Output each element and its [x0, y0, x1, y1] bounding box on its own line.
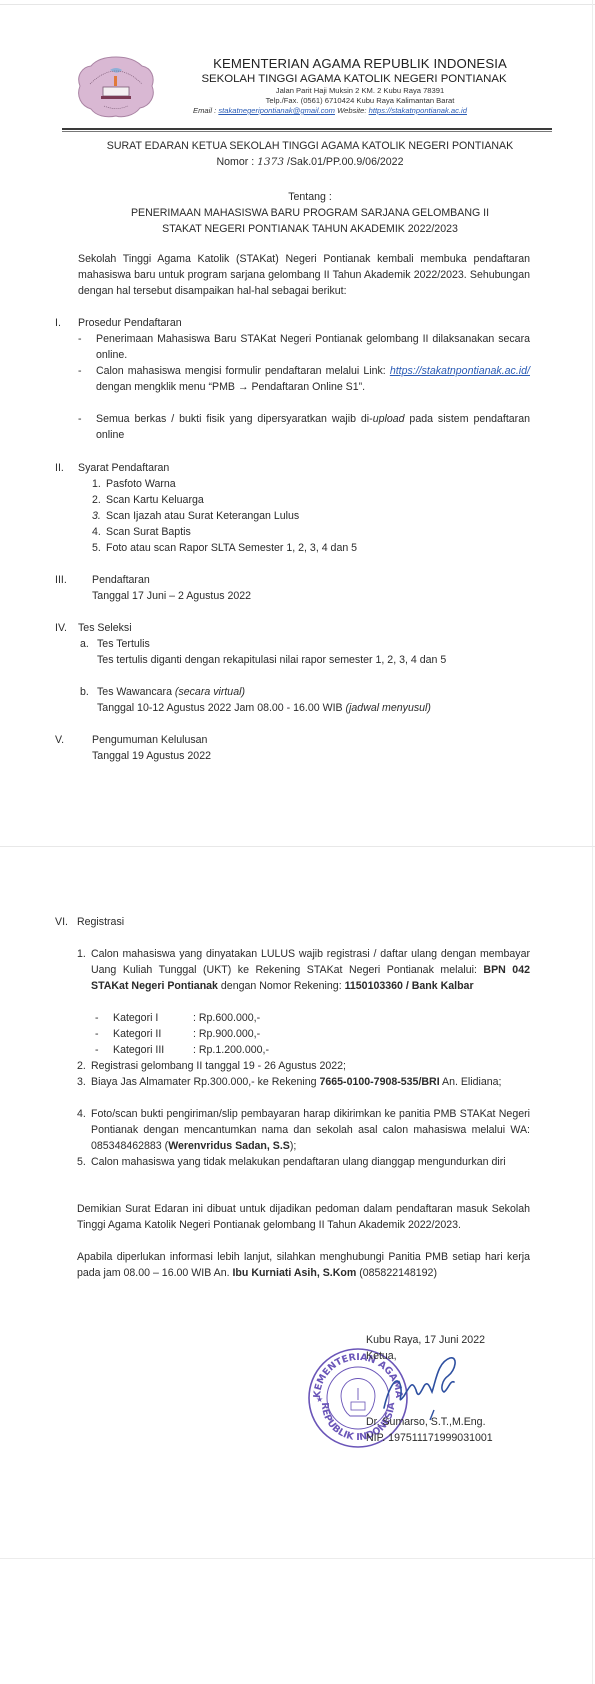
text-segment: dengan Nomor Rekening:: [218, 980, 345, 992]
list-item: 2.Scan Kartu Keluarga: [92, 492, 204, 508]
item-number: 4.: [92, 524, 106, 540]
letter-title: SURAT EDARAN KETUA SEKOLAH TINGGI AGAMA …: [60, 138, 560, 154]
item-text: Scan Ijazah atau Surat Keterangan Lulus: [106, 510, 299, 522]
item-text: Registrasi gelombang II tanggal 19 - 26 …: [91, 1058, 530, 1074]
bullet-dash: -: [95, 1042, 113, 1058]
list-item: 3.Scan Ijazah atau Surat Keterangan Lulu…: [92, 508, 299, 524]
text-segment: dengan mengklik menu “PMB → Pendaftaran …: [96, 381, 365, 393]
list-item: - Penerimaan Mahasiswa Baru STAKat Neger…: [78, 331, 530, 363]
list-item-text: Semua berkas / bukti fisik yang dipersya…: [96, 411, 530, 443]
ministry-name: KEMENTERIAN AGAMA REPUBLIK INDONESIA: [160, 56, 560, 72]
page-edge: [0, 4, 595, 5]
text-segment: (085822148192): [356, 1267, 437, 1279]
list-item: 1. Calon mahasiswa yang dinyatakan LULUS…: [77, 946, 530, 994]
pendaftaran-dates: Tanggal 17 Juni – 2 Agustus 2022: [92, 588, 251, 604]
page-edge: [592, 0, 593, 1684]
letterhead: KEMENTERIAN AGAMA REPUBLIK INDONESIA SEK…: [160, 56, 560, 116]
category-amount: : Rp.600.000,-: [193, 1012, 260, 1024]
closing-paragraph: Demikian Surat Edaran ini dibuat untuk d…: [77, 1201, 530, 1233]
bullet-dash: -: [78, 363, 82, 379]
tentang-label: Tentang :: [60, 189, 560, 205]
item-text: Scan Kartu Keluarga: [106, 494, 204, 506]
tes-tertulis-title: Tes Tertulis: [97, 636, 150, 652]
fee-category: -Kategori III: Rp.1.200.000,-: [95, 1042, 269, 1058]
svg-text:★: ★: [316, 1395, 323, 1404]
item-number: 1.: [77, 946, 86, 962]
contact-line: Email : stakatnegeripontianak@gmail.com …: [100, 106, 560, 116]
contact-person: Ibu Kurniati Asih, S.Kom: [232, 1267, 356, 1279]
section-numeral: II.: [55, 460, 64, 476]
page-edge: [0, 1558, 595, 1559]
item-number: 1.: [92, 476, 106, 492]
intro-paragraph: Sekolah Tinggi Agama Katolik (STAKat) Ne…: [78, 251, 530, 299]
signatory-nip: NIP. 197511171999031001: [366, 1430, 493, 1446]
signatory-name: Dr. Sumarso, S.T.,M.Eng.: [366, 1414, 486, 1430]
item-text: Calon mahasiswa yang dinyatakan LULUS wa…: [91, 946, 530, 994]
signature-place-date: Kubu Raya, 17 Juni 2022: [366, 1332, 485, 1348]
section-numeral: I.: [55, 315, 61, 331]
letterhead-divider-thin: [62, 131, 552, 132]
section-title-syarat: Syarat Pendaftaran: [78, 460, 169, 476]
text-segment: Calon mahasiswa yang dinyatakan LULUS wa…: [91, 948, 530, 976]
section-title-pendaftaran: Pendaftaran: [92, 572, 150, 588]
list-item: 3. Biaya Jas Almamater Rp.300.000,- ke R…: [77, 1074, 530, 1090]
bullet-dash: -: [78, 331, 82, 347]
section-title-registrasi: Registrasi: [77, 914, 124, 930]
list-item: 1.Pasfoto Warna: [92, 476, 176, 492]
item-text: Pasfoto Warna: [106, 478, 176, 490]
website-label: Website:: [335, 106, 369, 115]
tes-tertulis-detail: Tes tertulis diganti dengan rekapitulasi…: [97, 652, 446, 668]
list-item: - Semua berkas / bukti fisik yang dipers…: [78, 411, 530, 443]
subject-line-1: PENERIMAAN MAHASISWA BARU PROGRAM SARJAN…: [60, 205, 560, 221]
text-segment: Foto/scan bukti pengiriman/slip pembayar…: [91, 1108, 530, 1152]
text-italic: (jadwal menyusul): [346, 702, 431, 714]
nomor-label: Nomor :: [217, 156, 258, 168]
contact-paragraph: Apabila diperlukan informasi lebih lanju…: [77, 1249, 530, 1281]
item-text: Scan Surat Baptis: [106, 526, 191, 538]
category-amount: : Rp.1.200.000,-: [193, 1044, 269, 1056]
website-link[interactable]: https://stakatnpontianak.ac.id: [369, 106, 467, 115]
nomor-handwritten: 1373: [257, 156, 284, 168]
sub-label: a.: [80, 636, 89, 652]
fee-category: -Kategori I: Rp.600.000,-: [95, 1010, 260, 1026]
tes-wawancara-title: Tes Wawancara (secara virtual): [97, 684, 245, 700]
item-number: 4.: [77, 1106, 86, 1122]
item-text: Foto atau scan Rapor SLTA Semester 1, 2,…: [106, 542, 357, 554]
list-item: 5.Foto atau scan Rapor SLTA Semester 1, …: [92, 540, 357, 556]
item-number: 2.: [92, 492, 106, 508]
text-segment: An. Elidiana;: [440, 1076, 502, 1088]
item-text: Foto/scan bukti pengiriman/slip pembayar…: [91, 1106, 530, 1154]
section-numeral: IV.: [55, 620, 67, 636]
text-segment: Semua berkas / bukti fisik yang dipersya…: [96, 413, 373, 425]
category-label: Kategori II: [113, 1026, 193, 1042]
section-title-prosedur: Prosedur Pendaftaran: [78, 315, 182, 331]
tes-wawancara-detail: Tanggal 10-12 Agustus 2022 Jam 08.00 - 1…: [97, 700, 431, 716]
contact-name: Werenvridus Sadan, S.S: [168, 1140, 290, 1152]
text-italic: upload: [373, 413, 405, 425]
bullet-dash: -: [95, 1026, 113, 1042]
section-numeral: III.: [55, 572, 67, 588]
registration-link[interactable]: https://stakatnpontianak.ac.id/: [390, 365, 530, 377]
subject-line-2: STAKAT NEGERI PONTIANAK TAHUN AKADEMIK 2…: [60, 221, 560, 237]
section-title-tes-seleksi: Tes Seleksi: [78, 620, 132, 636]
list-item-text: Penerimaan Mahasiswa Baru STAKat Negeri …: [96, 331, 530, 363]
list-item: 2. Registrasi gelombang II tanggal 19 - …: [77, 1058, 530, 1074]
institution-name: SEKOLAH TINGGI AGAMA KATOLIK NEGERI PONT…: [148, 72, 560, 86]
letter-subject: PENERIMAAN MAHASISWA BARU PROGRAM SARJAN…: [60, 205, 560, 237]
list-item-text: Calon mahasiswa mengisi formulir pendaft…: [96, 363, 530, 395]
letter-number: Nomor : 1373 /Sak.01/PP.00.9/06/2022: [60, 154, 560, 170]
category-amount: : Rp.900.000,-: [193, 1028, 260, 1040]
list-item: 4. Foto/scan bukti pengiriman/slip pemba…: [77, 1106, 530, 1154]
list-item: 4.Scan Surat Baptis: [92, 524, 191, 540]
category-label: Kategori I: [113, 1010, 193, 1026]
item-number: 2.: [77, 1058, 86, 1074]
item-number: 3.: [92, 508, 106, 524]
text-segment: Biaya Jas Almamater Rp.300.000,- ke Reke…: [91, 1076, 319, 1088]
account-number: 1150103360 / Bank Kalbar: [345, 980, 474, 992]
institution-phone: Telp./Fax. (0561) 6710424 Kubu Raya Kali…: [160, 96, 560, 106]
email-link[interactable]: stakatnegeripontianak@gmail.com: [218, 106, 335, 115]
letterhead-divider: [62, 128, 552, 130]
item-number: 3.: [77, 1074, 86, 1090]
pengumuman-date: Tanggal 19 Agustus 2022: [92, 748, 211, 764]
text-segment: );: [290, 1140, 296, 1152]
email-label: Email :: [193, 106, 218, 115]
list-item: 5. Calon mahasiswa yang tidak melakukan …: [77, 1154, 530, 1170]
category-label: Kategori III: [113, 1042, 193, 1058]
section-numeral: V.: [55, 732, 64, 748]
text-italic: (secara virtual): [175, 686, 245, 698]
text-segment: Calon mahasiswa mengisi formulir pendaft…: [96, 365, 390, 377]
text-segment: Tanggal 10-12 Agustus 2022 Jam 08.00 - 1…: [97, 702, 346, 714]
bri-account: 7665-0100-7908-535/BRI: [319, 1076, 439, 1088]
fee-category: -Kategori II: Rp.900.000,-: [95, 1026, 260, 1042]
bullet-dash: -: [95, 1010, 113, 1026]
item-text: Calon mahasiswa yang tidak melakukan pen…: [91, 1154, 530, 1170]
bullet-dash: -: [78, 411, 82, 427]
institution-address: Jalan Parit Haji Muksin 2 KM. 2 Kubu Ray…: [160, 86, 560, 96]
item-text: Biaya Jas Almamater Rp.300.000,- ke Reke…: [91, 1074, 530, 1090]
nomor-code: /Sak.01/PP.00.9/06/2022: [284, 156, 403, 168]
list-item: - Calon mahasiswa mengisi formulir penda…: [78, 363, 530, 395]
page-break: [0, 846, 595, 847]
section-title-pengumuman: Pengumuman Kelulusan: [92, 732, 207, 748]
item-number: 5.: [92, 540, 106, 556]
item-number: 5.: [77, 1154, 86, 1170]
text-segment: Tes Wawancara: [97, 686, 175, 698]
sub-label: b.: [80, 684, 89, 700]
section-numeral: VI.: [55, 914, 68, 930]
